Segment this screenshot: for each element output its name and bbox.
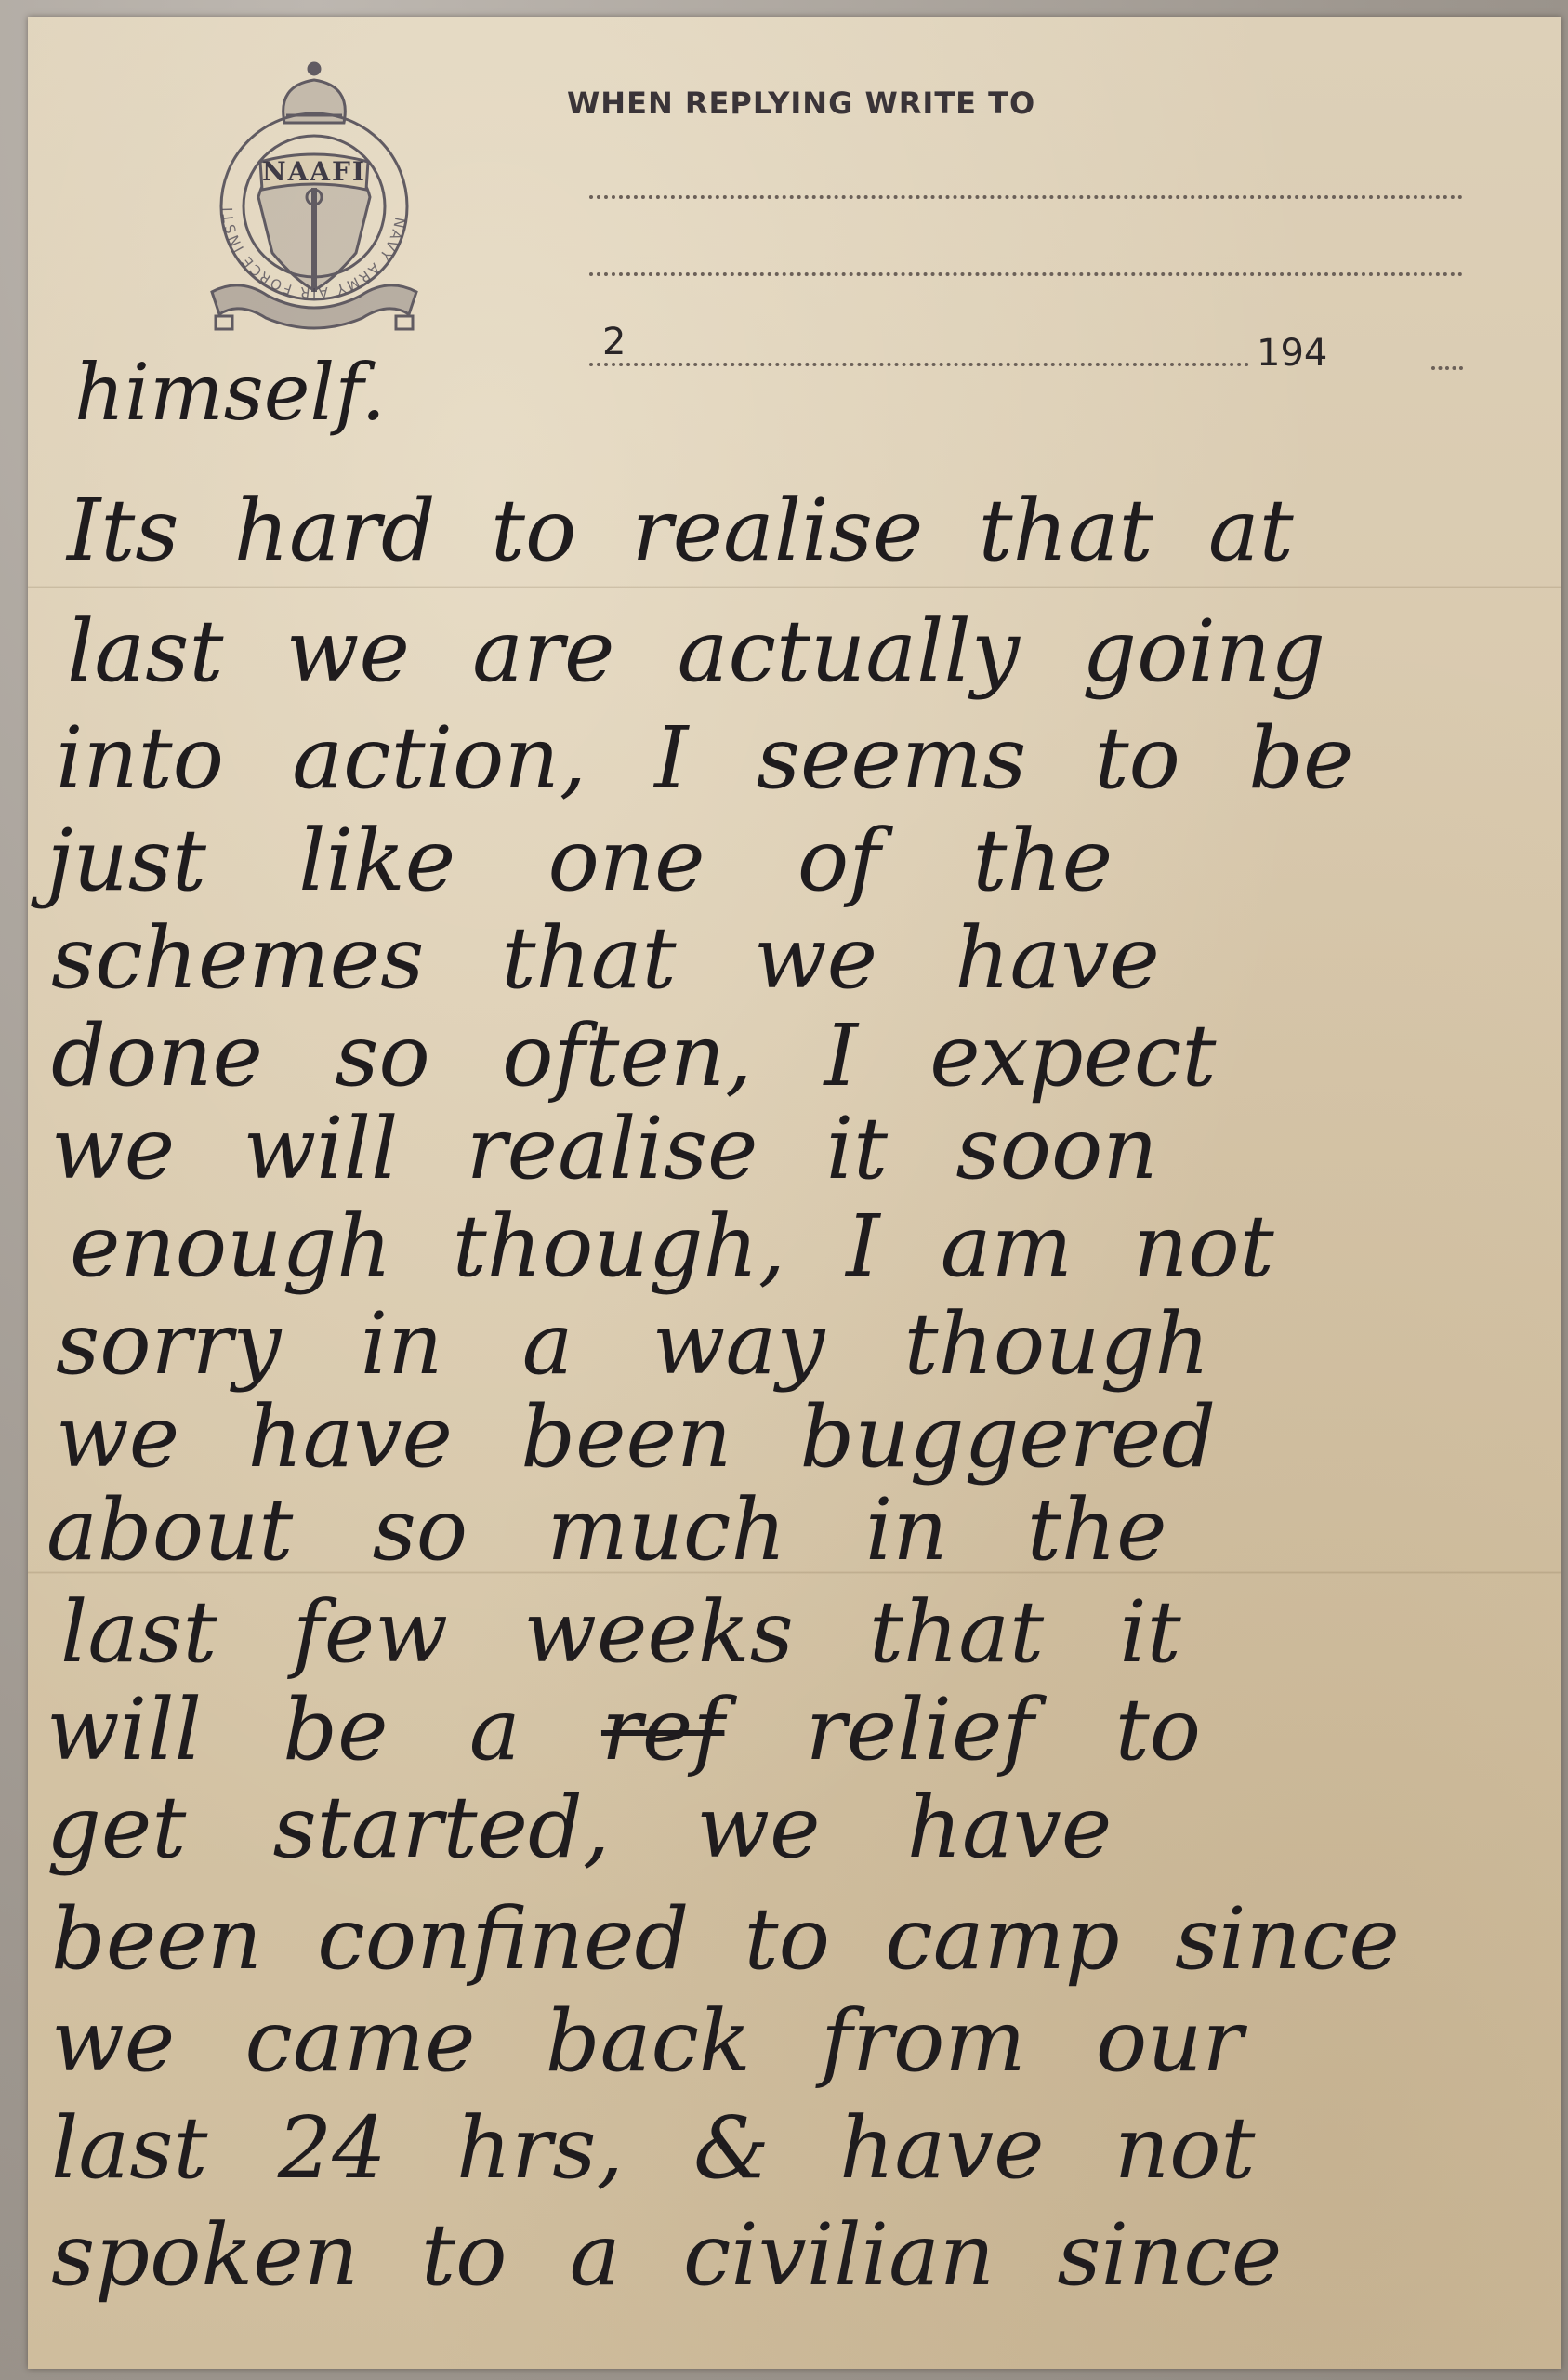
letter-line: himself. [74, 353, 386, 431]
svg-text:NAAFI: NAAFI [262, 156, 366, 187]
naafi-crest-icon: NAAFI NAVY ARMY AIR FORCE INSTITUTES [203, 58, 426, 346]
letter-line-text: spoken to a civilian since [51, 2205, 1282, 2305]
letter-line-text: enough though, I am not [70, 1197, 1274, 1296]
letter-line-text: been confined to camp since [51, 1889, 1400, 1989]
reply-address-label: WHEN REPLYING WRITE TO [567, 86, 1035, 121]
letter-line: sorry in a way though [56, 1302, 1210, 1387]
paper-fold-crease [28, 586, 1561, 588]
letter-line-text: we will realise it soon [51, 1099, 1158, 1198]
date-line-end [1431, 366, 1463, 370]
letter-line: last few weeks that it [60, 1590, 1181, 1675]
letter-line-text: about so much in the [46, 1480, 1167, 1580]
letter-line: we will realise it soon [51, 1106, 1158, 1192]
letter-line-text: last 24 hrs, & have not [51, 2098, 1255, 2198]
letter-line: about so much in the [46, 1487, 1167, 1573]
letter-line: into action, I seems to be [56, 716, 1354, 801]
letter-line-text: into action, I seems to be [56, 708, 1354, 808]
letter-line: enough though, I am not [70, 1204, 1274, 1289]
letter-line: Its hard to realise that at [67, 488, 1294, 574]
letter-line-text: himself. [74, 347, 386, 438]
date-year: 194 [1257, 332, 1327, 375]
letter-line-text: we came back from our [51, 1991, 1244, 2091]
letter-line-text: will be a [46, 1680, 520, 1779]
letter-line-text: sorry in a way though [56, 1294, 1210, 1394]
letter-line: get started, we have [46, 1785, 1112, 1871]
letter-line: last we are actually going [67, 609, 1325, 694]
date-day: 2 [602, 321, 626, 364]
letter-line: spoken to a civilian since [51, 2213, 1282, 2298]
letter-line-text: get started, we have [46, 1778, 1112, 1877]
letter-line: last 24 hrs, & have not [51, 2106, 1255, 2191]
address-line-2 [589, 272, 1463, 276]
letter-line: will be a ref relief to [46, 1687, 1201, 1773]
letter-line: done so often, I expect [51, 1013, 1216, 1099]
letter-line-text: relief to [806, 1680, 1201, 1779]
letter-line: we came back from our [51, 1999, 1244, 2084]
letter-line: schemes that we have [51, 916, 1160, 1001]
letter-line: we have been buggered [56, 1395, 1216, 1480]
letter-line-text: Its hard to realise that at [67, 481, 1294, 580]
letter-line-text: last we are actually going [67, 602, 1325, 701]
date-line [589, 363, 1249, 366]
letter-line-text: done so often, I expect [51, 1006, 1216, 1105]
struck-word: ref [601, 1680, 724, 1779]
letter-line-text: schemes that we have [51, 908, 1160, 1008]
letter-line: been confined to camp since [51, 1897, 1400, 1982]
address-line-1 [589, 195, 1463, 199]
letter-line-text: last few weeks that it [60, 1582, 1181, 1682]
letter-line-text: we have been buggered [56, 1387, 1216, 1487]
letter-line: just like one of the [46, 818, 1113, 904]
letter-line-text: just like one of the [46, 811, 1113, 910]
